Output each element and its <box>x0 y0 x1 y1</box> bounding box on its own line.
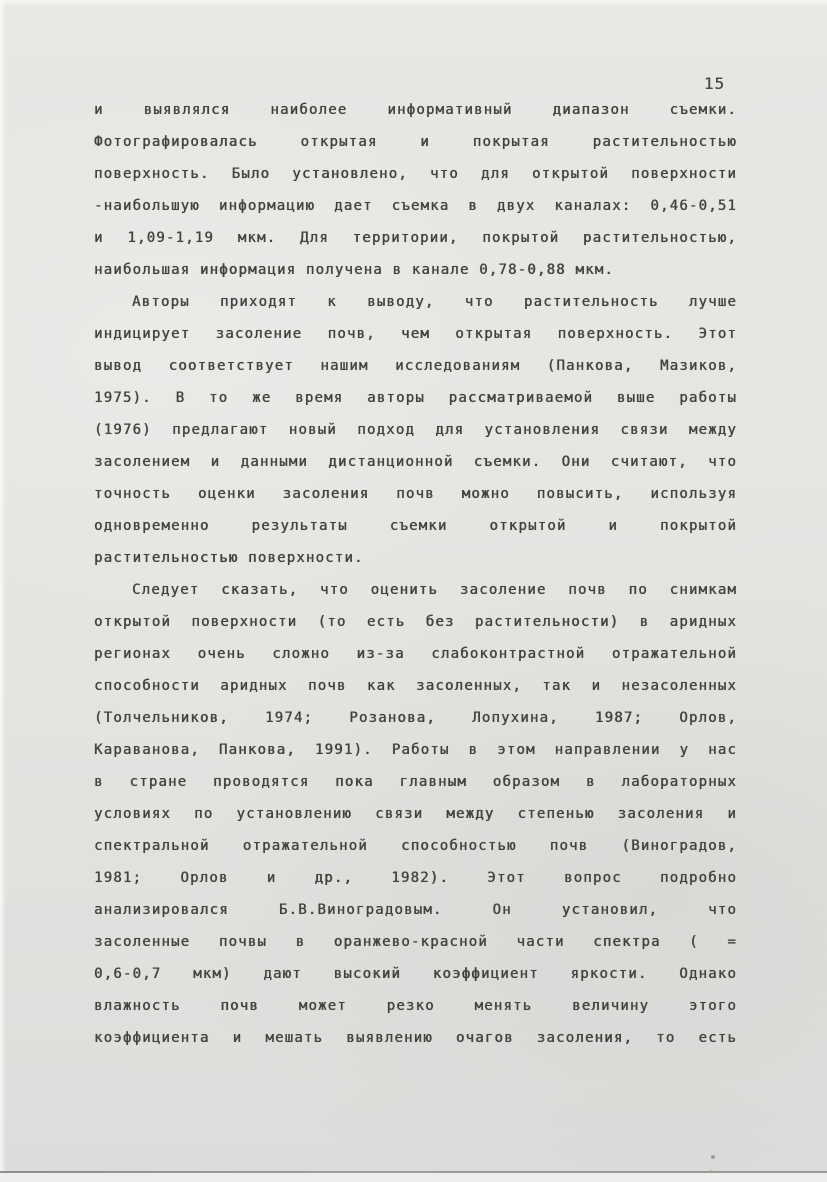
text-line: индицирует засоление почв, чем открытая … <box>94 318 737 350</box>
text-line: вывод соответствует нашим исследованиям … <box>94 350 737 382</box>
text-line: засоленные почвы в оранжево-красной част… <box>94 926 737 958</box>
text-line: Авторы приходят к выводу, что растительн… <box>94 286 737 318</box>
text-line: и 1,09-1,19 мкм. Для территории, покрыто… <box>94 222 737 254</box>
text-line: наибольшая информация получена в канале … <box>94 254 737 286</box>
text-line: (Толчельников, 1974; Розанова, Лопухина,… <box>94 702 737 734</box>
scanned-document-page: 15 и выявлялся наиболее информативный ди… <box>0 0 827 1182</box>
text-line: и выявлялся наиболее информативный диапа… <box>94 94 737 126</box>
document-text-block: и выявлялся наиболее информативный диапа… <box>94 94 737 1054</box>
text-line: точность оценки засоления почв можно пов… <box>94 478 737 510</box>
text-line: спектральной отражательной способностью … <box>94 830 737 862</box>
text-line: способности аридных почв как засоленных,… <box>94 670 737 702</box>
text-line: поверхность. Было установлено, что для о… <box>94 158 737 190</box>
text-line: влажность почв может резко менять величи… <box>94 990 737 1022</box>
text-line: анализировался Б.В.Виноградовым. Он уста… <box>94 894 737 926</box>
text-line: 0,6-0,7 мкм) дают высокий коэффициент яр… <box>94 958 737 990</box>
text-line: растительностью поверхности. <box>94 542 737 574</box>
text-line: засолением и данными дистанционной съемк… <box>94 446 737 478</box>
text-line: Караванова, Панкова, 1991). Работы в это… <box>94 734 737 766</box>
text-line: (1976) предлагают новый подход для устан… <box>94 414 737 446</box>
text-line: открытой поверхности (то есть без растит… <box>94 606 737 638</box>
scan-speck <box>710 1170 713 1172</box>
text-line: регионах очень сложно из-за слабоконтрас… <box>94 638 737 670</box>
scanner-background-strip <box>0 1173 827 1182</box>
text-line: Фотографировалась открытая и покрытая ра… <box>94 126 737 158</box>
text-line: в стране проводятся пока главным образом… <box>94 766 737 798</box>
page-number: 15 <box>95 74 725 93</box>
text-line: -наибольшую информацию дает съемка в дву… <box>94 190 737 222</box>
text-line: условиях по установлению связи между сте… <box>94 798 737 830</box>
scan-top-edge-highlight <box>0 0 827 7</box>
scan-speck <box>711 1155 715 1159</box>
scan-left-edge-highlight <box>0 0 6 1182</box>
text-line: 1975). В то же время авторы рассматривае… <box>94 382 737 414</box>
text-line: коэффициента и мешать выявлению очагов з… <box>94 1022 737 1054</box>
text-line: одновременно результаты съемки открытой … <box>94 510 737 542</box>
text-line: Следует сказать, что оценить засоление п… <box>94 574 737 606</box>
text-line: 1981; Орлов и др., 1982). Этот вопрос по… <box>94 862 737 894</box>
